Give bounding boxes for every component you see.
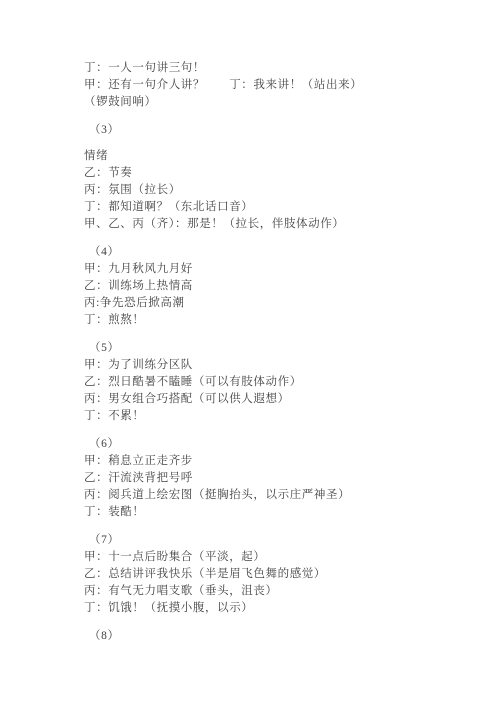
script-line: 甲：九月秋风九月好 <box>84 261 470 278</box>
script-line: 乙：烈日酷暑不瞌睡（可以有肢体动作） <box>84 374 470 391</box>
script-line: 甲：十一点后盼集合（平淡，起） <box>84 549 470 566</box>
script-line: 乙：汗流浃背把号呼 <box>84 470 470 487</box>
script-line: 丁：饥饿！（抚摸小腹，以示） <box>84 600 470 617</box>
script-line: 丁：煎熬！ <box>84 312 470 329</box>
script-line: 乙：节奏 <box>84 165 470 182</box>
script-line: 甲：还有一句介人讲？ 丁：我来讲！（站出来） <box>84 77 470 94</box>
script-line: 乙：总结讲评我快乐（半是眉飞色舞的感觉） <box>84 566 470 583</box>
script-line: 丙：氛围（拉长） <box>84 182 470 199</box>
section-number: （4） <box>84 244 470 261</box>
script-line: 丙：男女组合巧搭配（可以供人遐想） <box>84 391 470 408</box>
script-line: 甲、乙、丙（齐）：那是！（拉长，伴肢体动作） <box>84 216 470 233</box>
script-line: 丙：阅兵道上绘宏图（挺胸抬头，以示庄严神圣） <box>84 487 470 504</box>
script-line: 丁：都知道啊？（东北话口音） <box>84 199 470 216</box>
section-number: （5） <box>84 340 470 357</box>
section-number: （6） <box>84 436 470 453</box>
section-number: （3） <box>84 122 470 139</box>
document-page: 丁：一人一句讲三句！ 甲：还有一句介人讲？ 丁：我来讲！（站出来） （锣鼓间响）… <box>0 0 500 708</box>
script-line: 丙:争先恐后掀高潮 <box>84 295 470 312</box>
script-line: 丁：不累！ <box>84 408 470 425</box>
section-number: （7） <box>84 532 470 549</box>
stanza-title: 情绪 <box>84 148 470 165</box>
script-line: 丁：装酷！ <box>84 504 470 521</box>
script-line: 丁：一人一句讲三句！ <box>84 60 470 77</box>
script-line: 甲：为了训练分区队 <box>84 357 470 374</box>
script-line: 甲：稍息立正走齐步 <box>84 453 470 470</box>
section-number: （8） <box>84 628 470 645</box>
script-line: 丙：有气无力唱支歌（垂头，沮丧） <box>84 583 470 600</box>
script-line: 乙：训练场上热情高 <box>84 278 470 295</box>
stage-direction: （锣鼓间响） <box>84 94 470 111</box>
